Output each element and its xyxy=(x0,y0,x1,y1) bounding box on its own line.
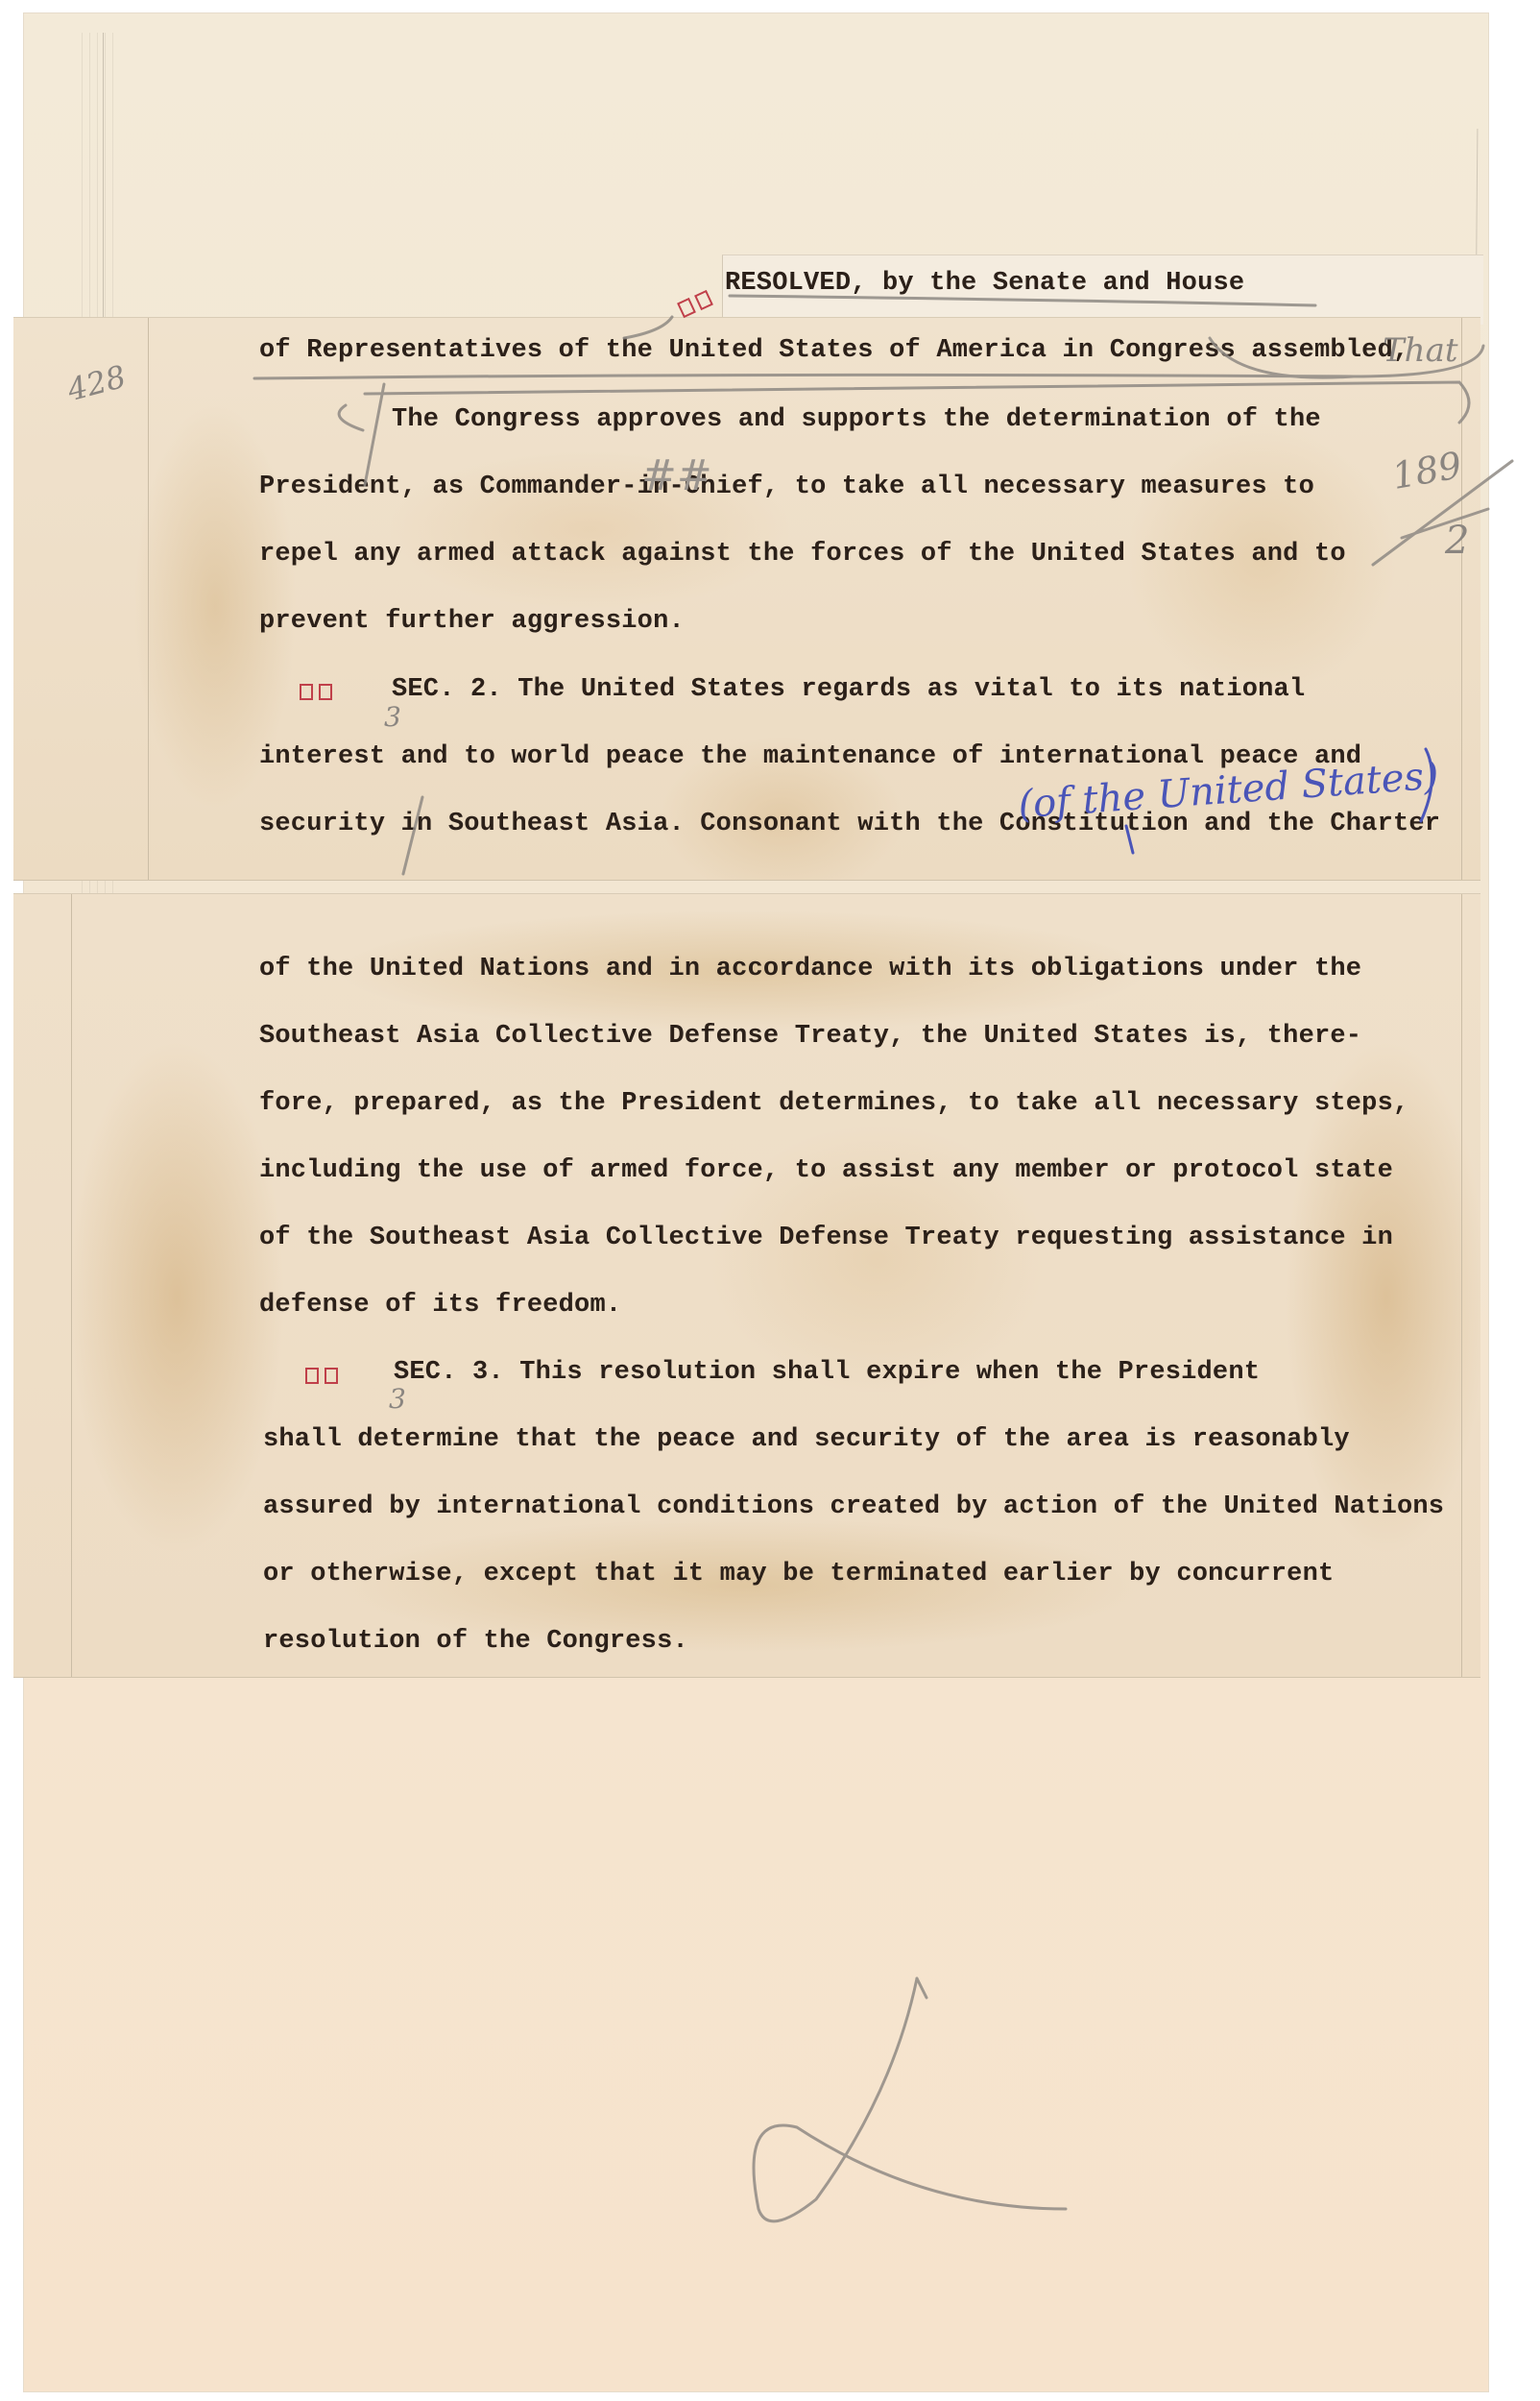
pencil-strokes xyxy=(0,0,1540,2401)
